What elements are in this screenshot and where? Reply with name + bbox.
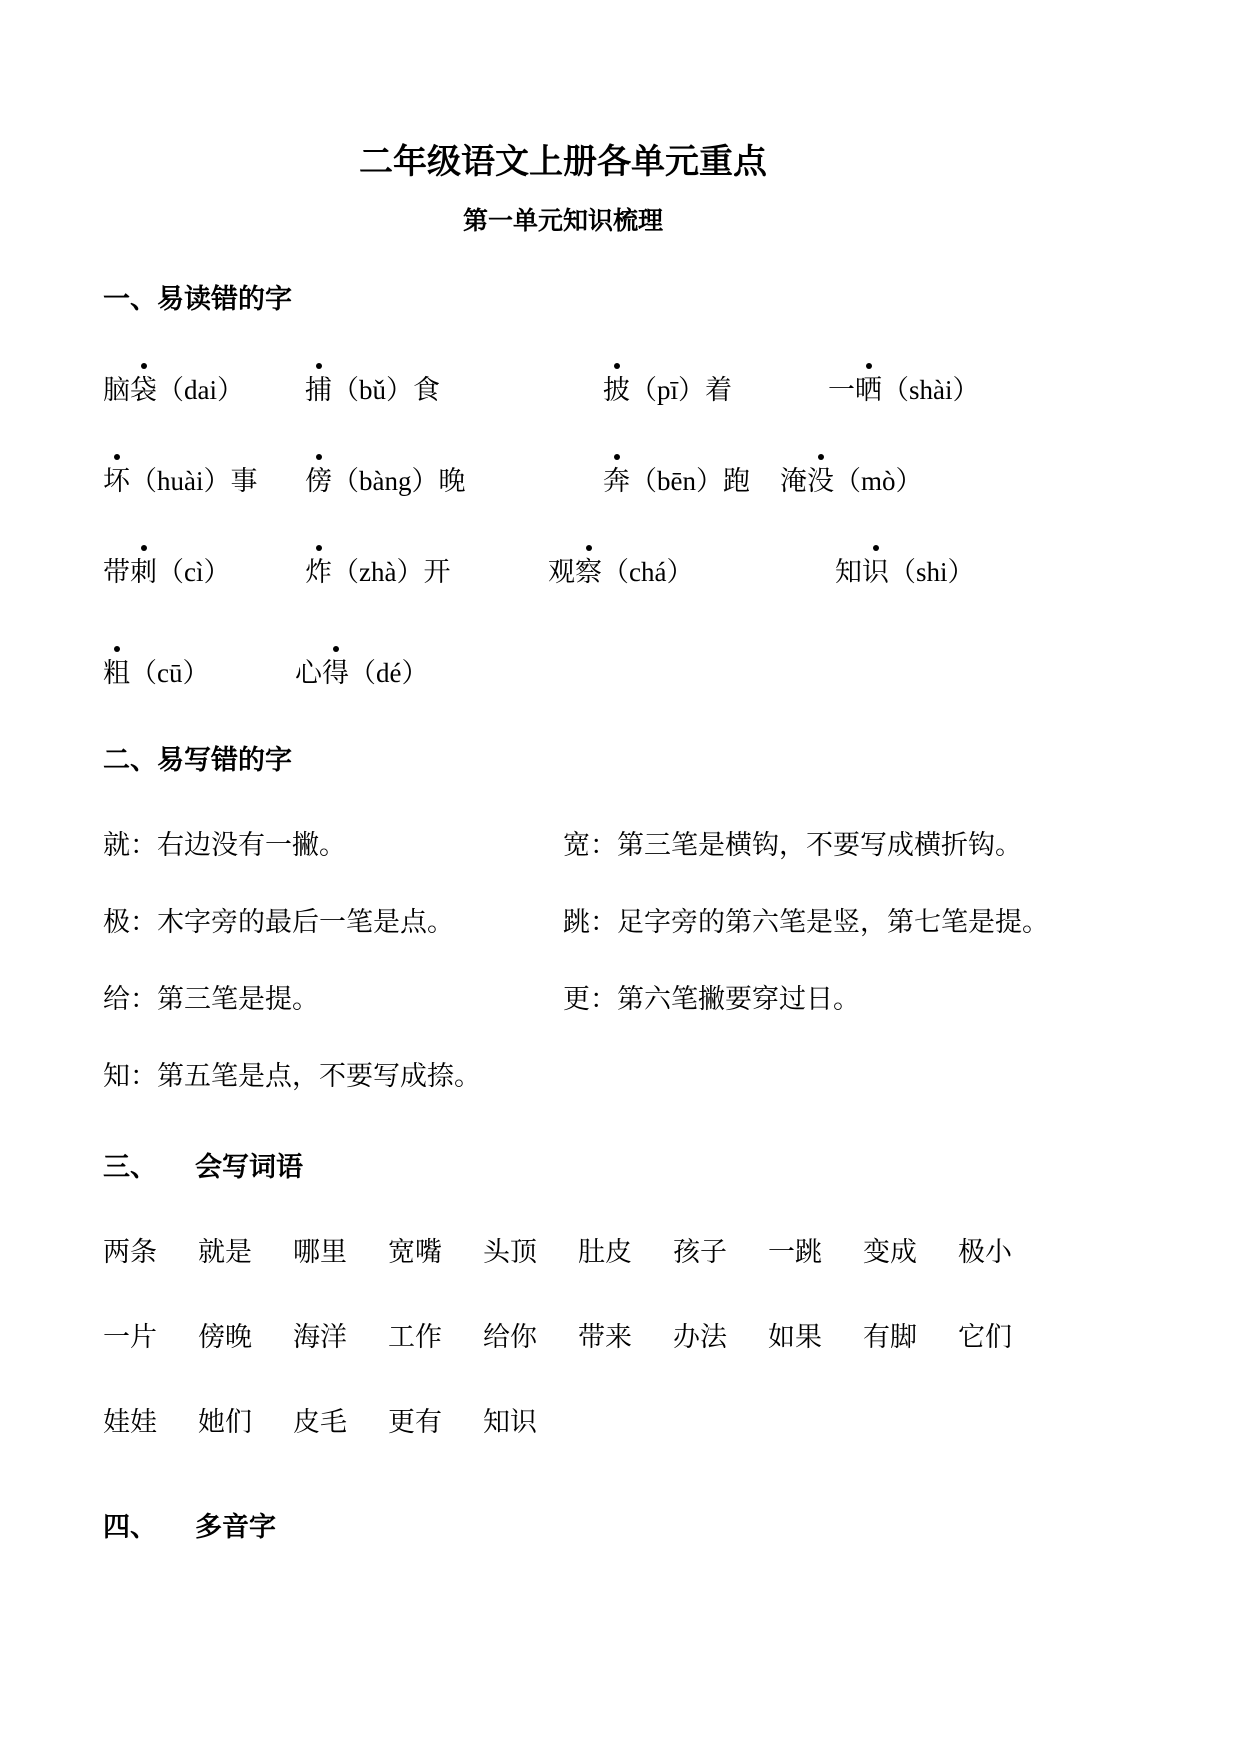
word-item: 皮毛 bbox=[293, 1409, 347, 1436]
annotated-word: 心得（dé） bbox=[295, 660, 1201, 687]
section-heading-words: 三、会写词语 bbox=[103, 1154, 1201, 1181]
word-item: 更有 bbox=[388, 1409, 442, 1436]
annotated-word: 奔（bēn）跑 bbox=[603, 468, 780, 495]
word-item: 给你 bbox=[483, 1324, 537, 1351]
misread-row: 粗（cū）心得（dé） bbox=[103, 644, 1201, 687]
word-item: 极小 bbox=[958, 1239, 1012, 1266]
annotated-word: 捕（bǔ）食 bbox=[305, 377, 603, 404]
word-list-row: 两条就是哪里宽嘴头顶肚皮孩子一跳变成极小 bbox=[103, 1239, 1201, 1266]
word-item: 变成 bbox=[863, 1239, 917, 1266]
stroke-note: 知：第五笔是点，不要写成捺。 bbox=[103, 1063, 563, 1090]
word-item: 就是 bbox=[198, 1239, 252, 1266]
annotated-word: 傍（bàng）晚 bbox=[305, 468, 603, 495]
misread-rows: 脑袋（dai）捕（bǔ）食披（pī）着一晒（shài）坏（huài）事傍（bàn… bbox=[103, 361, 1201, 687]
stroke-note: 宽：第三笔是横钩，不要写成横折钩。 bbox=[563, 832, 1201, 859]
annotated-word: 脑袋（dai） bbox=[103, 377, 305, 404]
word-item: 肚皮 bbox=[578, 1239, 632, 1266]
word-item: 两条 bbox=[103, 1239, 157, 1266]
word-list-rows: 两条就是哪里宽嘴头顶肚皮孩子一跳变成极小一片傍晚海洋工作给你带来办法如果有脚它们… bbox=[103, 1239, 1201, 1436]
word-item: 知识 bbox=[483, 1409, 537, 1436]
word-item: 如果 bbox=[768, 1324, 822, 1351]
stroke-note: 极：木字旁的最后一笔是点。 bbox=[103, 909, 563, 936]
word-item: 办法 bbox=[673, 1324, 727, 1351]
word-list-row: 一片傍晚海洋工作给你带来办法如果有脚它们 bbox=[103, 1324, 1201, 1351]
word-item: 一片 bbox=[103, 1324, 157, 1351]
miswritten-grid: 就：右边没有一撇。宽：第三笔是横钩，不要写成横折钩。极：木字旁的最后一笔是点。跳… bbox=[103, 832, 1201, 1090]
word-item: 它们 bbox=[958, 1324, 1012, 1351]
word-item: 工作 bbox=[388, 1324, 442, 1351]
stroke-note bbox=[563, 1063, 1201, 1090]
word-item: 宽嘴 bbox=[388, 1239, 442, 1266]
word-item: 哪里 bbox=[293, 1239, 347, 1266]
misread-row: 脑袋（dai）捕（bǔ）食披（pī）着一晒（shài） bbox=[103, 361, 1201, 404]
word-item: 带来 bbox=[578, 1324, 632, 1351]
word-item: 孩子 bbox=[673, 1239, 727, 1266]
section-heading-miswritten: 二、易写错的字 bbox=[103, 747, 1201, 774]
section-label: 易写错的字 bbox=[157, 745, 292, 775]
annotated-word: 观察（chá） bbox=[548, 559, 835, 586]
stroke-note: 跳：足字旁的第六笔是竖，第七笔是提。 bbox=[563, 909, 1201, 936]
word-item: 一跳 bbox=[768, 1239, 822, 1266]
word-item: 傍晚 bbox=[198, 1324, 252, 1351]
document-header: 二年级语文上册各单元重点 第一单元知识梳理 bbox=[103, 145, 1023, 234]
section-label: 易读错的字 bbox=[157, 284, 292, 314]
stroke-note: 就：右边没有一撇。 bbox=[103, 832, 563, 859]
page-title: 二年级语文上册各单元重点 bbox=[103, 145, 1023, 179]
annotated-word: 粗（cū） bbox=[103, 660, 295, 687]
annotated-word: 一晒（shài） bbox=[828, 377, 1201, 404]
section-heading-polyphonic: 四、多音字 bbox=[103, 1514, 1201, 1541]
section-label: 会写词语 bbox=[195, 1152, 303, 1182]
stroke-note: 更：第六笔撇要穿过日。 bbox=[563, 986, 1201, 1013]
word-item: 头顶 bbox=[483, 1239, 537, 1266]
word-item: 她们 bbox=[198, 1409, 252, 1436]
page-subtitle: 第一单元知识梳理 bbox=[103, 209, 1023, 234]
annotated-word: 炸（zhà）开 bbox=[305, 559, 548, 586]
word-item: 有脚 bbox=[863, 1324, 917, 1351]
annotated-word: 淹没（mò） bbox=[780, 468, 1201, 495]
word-item: 海洋 bbox=[293, 1324, 347, 1351]
section-heading-misread: 一、易读错的字 bbox=[103, 286, 1201, 313]
word-list-row: 娃娃她们皮毛更有知识 bbox=[103, 1409, 1201, 1436]
section-label: 多音字 bbox=[195, 1512, 276, 1542]
misread-row: 带刺（cì）炸（zhà）开观察（chá）知识（shi ） bbox=[103, 543, 1201, 586]
section-number: 二、 bbox=[103, 745, 157, 775]
stroke-note: 给：第三笔是提。 bbox=[103, 986, 563, 1013]
annotated-word: 带刺（cì） bbox=[103, 559, 305, 586]
annotated-word: 坏（huài）事 bbox=[103, 468, 305, 495]
section-number: 一、 bbox=[103, 284, 157, 314]
annotated-word: 知识（shi ） bbox=[835, 559, 1201, 586]
word-item: 娃娃 bbox=[103, 1409, 157, 1436]
document-page: 二年级语文上册各单元重点 第一单元知识梳理 一、易读错的字 脑袋（dai）捕（b… bbox=[0, 0, 1241, 1541]
section-number: 四、 bbox=[103, 1512, 157, 1542]
section-number: 三、 bbox=[103, 1152, 157, 1182]
misread-row: 坏（huài）事傍（bàng）晚奔（bēn）跑淹没（mò） bbox=[103, 452, 1201, 495]
annotated-word: 披（pī）着 bbox=[603, 377, 828, 404]
